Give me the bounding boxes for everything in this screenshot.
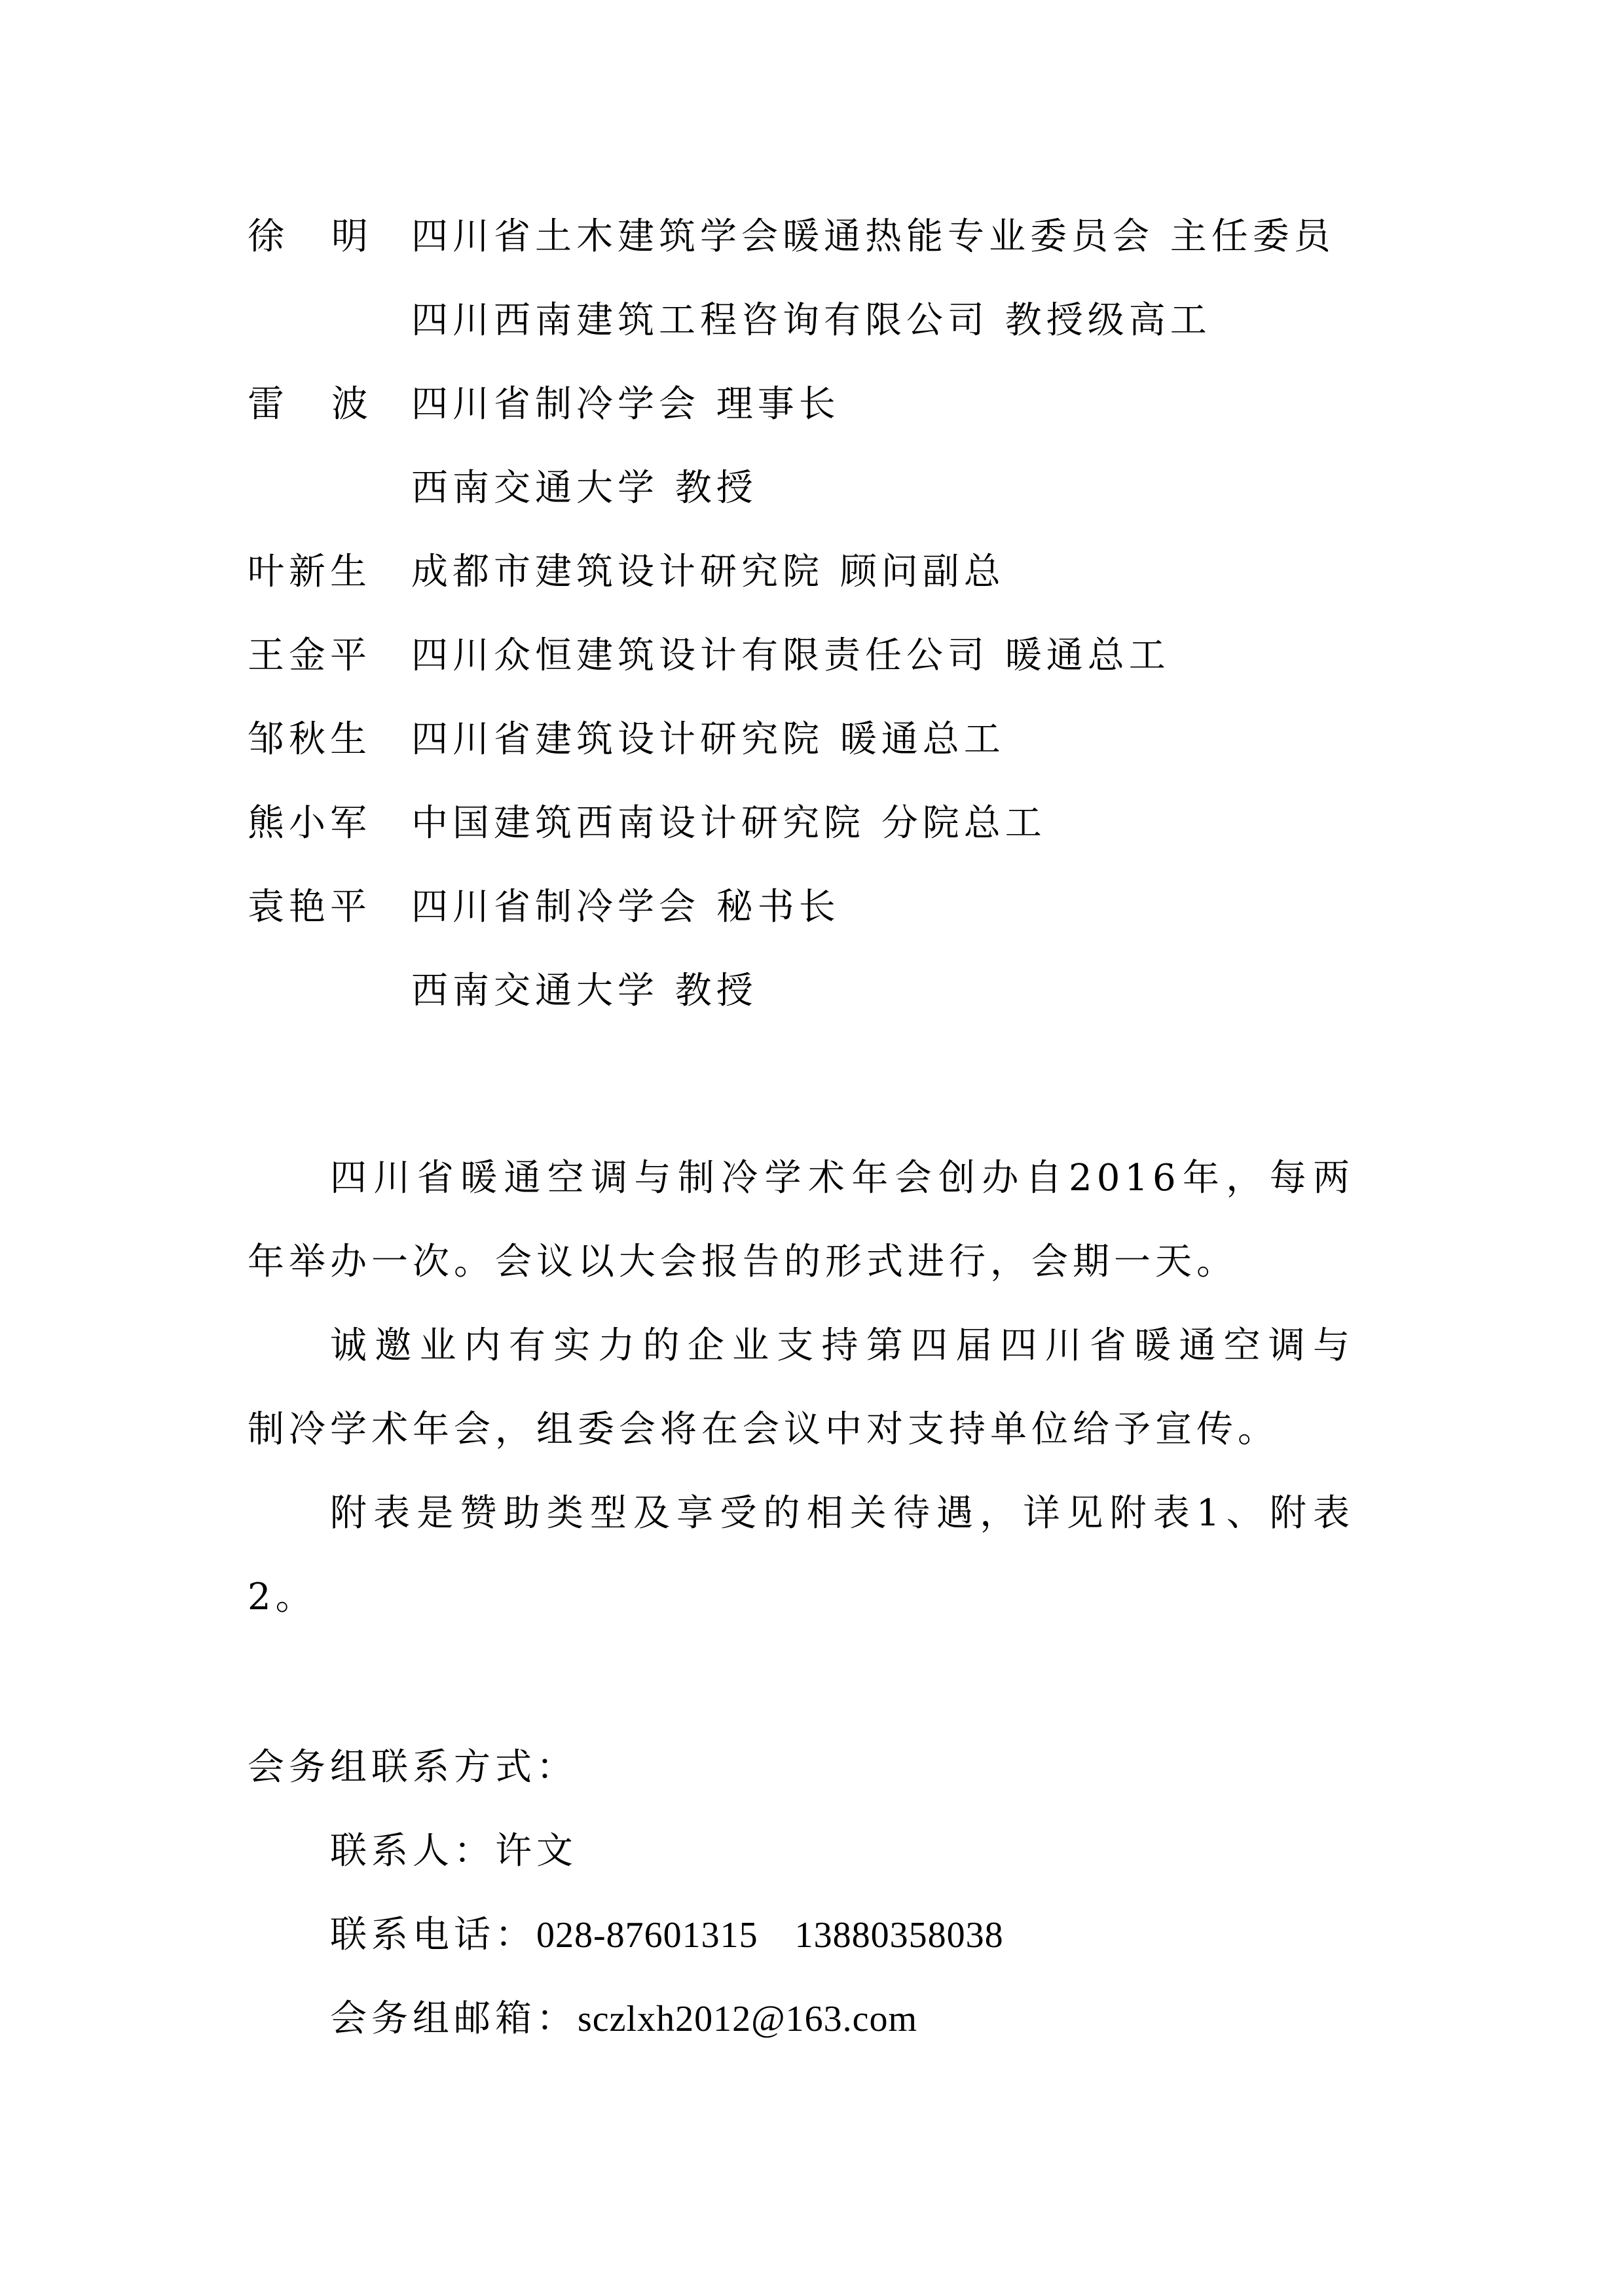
- member-affiliation: 西南交通大学 教授: [411, 949, 758, 1033]
- member-affiliation: 四川省制冷学会 秘书长: [411, 866, 840, 949]
- contact-phone-office[interactable]: 028-87601315: [536, 1915, 758, 1956]
- contact-email: 会务组邮箱：sczlxh2012@163.com: [330, 1977, 917, 2061]
- contact-phone-label: 联系电话：: [330, 1914, 536, 1956]
- contact-person-name: 许文: [495, 1830, 578, 1872]
- contact-email-label: 会务组邮箱：: [330, 1997, 578, 2040]
- roster-row: 王金平四川众恒建筑设计有限责任公司 暖通总工: [248, 614, 1170, 698]
- roster-row: 徐明四川省土木建筑学会暖通热能专业委员会 主任委员: [248, 195, 1335, 279]
- member-name: 袁艳平: [248, 866, 411, 949]
- member-affiliation: 四川省建筑设计研究院 暖通总工: [411, 698, 1005, 782]
- member-name: 徐明: [248, 195, 411, 279]
- roster-row: 袁艳平四川省制冷学会 秘书长: [248, 866, 840, 949]
- member-name: 雷波: [248, 363, 411, 446]
- roster-row: 西南交通大学 教授: [248, 446, 758, 530]
- member-name: 王金平: [248, 614, 411, 698]
- roster-row: 叶新生成都市建筑设计研究院 顾问副总: [248, 530, 1005, 614]
- roster-row: 雷波四川省制冷学会 理事长: [248, 363, 840, 446]
- roster-row: 西南交通大学 教授: [248, 949, 758, 1033]
- member-affiliation: 四川省制冷学会 理事长: [411, 363, 840, 446]
- contact-person-label: 联系人：: [330, 1830, 495, 1872]
- roster-row: 四川西南建筑工程咨询有限公司 教授级高工: [248, 279, 1211, 363]
- member-affiliation: 成都市建筑设计研究院 顾问副总: [411, 530, 1005, 614]
- member-affiliation: 西南交通大学 教授: [411, 446, 758, 530]
- roster-row: 邹秋生四川省建筑设计研究院 暖通总工: [248, 698, 1005, 782]
- member-affiliation: 四川省土木建筑学会暖通热能专业委员会 主任委员: [411, 195, 1335, 279]
- paragraph-intro: 四川省暖通空调与制冷学术年会创办自2016年，每两 年举办一次。会议以大会报告的…: [248, 1137, 1354, 1304]
- paragraph-sponsorship: 附表是赞助类型及享受的相关待遇，详见附表1、附表 2。: [248, 1472, 1354, 1639]
- roster-row: 熊小军中国建筑西南设计研究院 分院总工: [248, 782, 1046, 866]
- contact-email-address[interactable]: sczlxh2012@163.com: [578, 1999, 917, 2039]
- member-affiliation: 中国建筑西南设计研究院 分院总工: [411, 782, 1046, 866]
- paragraph-invitation: 诚邀业内有实力的企业支持第四届四川省暖通空调与 制冷学术年会，组委会将在会议中对…: [248, 1304, 1354, 1472]
- contact-phone: 联系电话：028-8760131513880358038: [330, 1893, 1004, 1977]
- contact-phone-mobile[interactable]: 13880358038: [795, 1915, 1004, 1956]
- member-name: 叶新生: [248, 530, 411, 614]
- document-page: 徐明四川省土木建筑学会暖通热能专业委员会 主任委员 四川西南建筑工程咨询有限公司…: [0, 0, 1624, 2296]
- contact-heading: 会务组联系方式：: [248, 1726, 578, 1810]
- member-name: 熊小军: [248, 782, 411, 866]
- member-affiliation: 四川众恒建筑设计有限责任公司 暖通总工: [411, 614, 1170, 698]
- member-affiliation: 四川西南建筑工程咨询有限公司 教授级高工: [411, 279, 1211, 363]
- contact-person: 联系人：许文: [330, 1810, 578, 1893]
- member-name: 邹秋生: [248, 698, 411, 782]
